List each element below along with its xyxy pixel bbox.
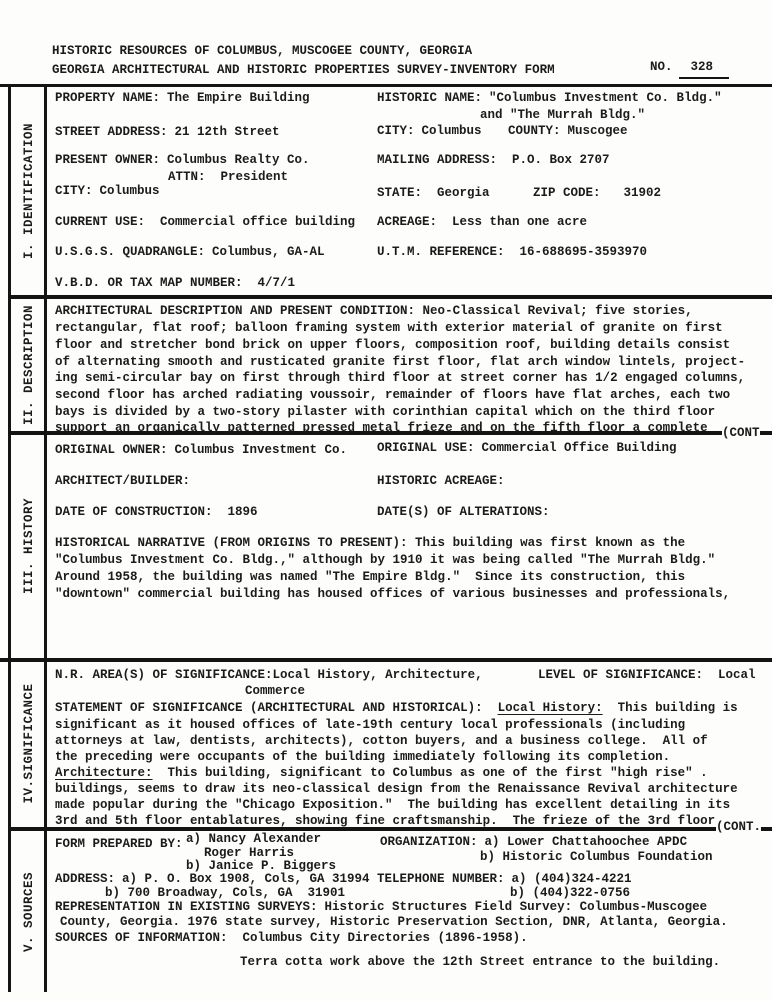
field-utm-reference: U.T.M. REFERENCE:16-688695-3593970 [377,245,647,259]
field-construction-date: DATE OF CONSTRUCTION:1896 [55,505,258,519]
address-label: ADDRESS: [55,872,115,886]
field-organization: ORGANIZATION:a) Lower Chattahoochee APDC [380,835,687,849]
description-line: bays is divided by a two-story pilaster … [55,405,715,419]
significance-line: the preceding were occupants of the buil… [55,750,670,764]
street-address-value: 21 12th Street [175,125,280,139]
section-label-identification: I. IDENTIFICATION [20,88,38,294]
field-owner-city: CITY:Columbus [55,184,160,198]
tax-map-number-label: V.B.D. OR TAX MAP NUMBER: [55,276,243,290]
field-acreage: ACREAGE:Less than one acre [377,215,587,229]
preparer-a: a) Nancy Alexander [186,832,321,846]
existing-surveys-value: Historic Structures Field Survey: Columb… [325,900,708,914]
form-number-label: NO. [650,60,673,74]
organization-a: a) Lower Chattahoochee APDC [485,835,688,849]
existing-surveys-line2: County, Georgia. 1976 state survey, Hist… [60,915,728,929]
field-mailing-address: MAILING ADDRESS:P.O. Box 2707 [377,153,610,167]
preparer-b: b) Janice P. Biggers [186,859,336,873]
existing-surveys-label: REPRESENTATION IN EXISTING SURVEYS: [55,900,318,914]
form-title-line1: HISTORIC RESOURCES OF COLUMBUS, MUSCOGEE… [52,44,472,58]
present-owner-label: PRESENT OWNER: [55,153,160,167]
tax-map-number-value: 4/7/1 [258,276,296,290]
architecture-rest: This building, significant to Columbus a… [168,766,708,780]
field-existing-surveys: REPRESENTATION IN EXISTING SURVEYS:Histo… [55,900,707,914]
acreage-label: ACREAGE: [377,215,437,229]
significance-line: 3rd and 5th floor entablatures, showing … [55,814,715,828]
field-quadrangle: U.S.G.S. QUADRANGLE:Columbus, GA-AL [55,245,325,259]
nr-areas-value-cont: Commerce [245,684,305,698]
significance-line: attorneys at law, dentists, architects),… [55,734,708,748]
acreage-value: Less than one acre [452,215,587,229]
telephone-label: TELEPHONE NUMBER: [377,872,505,886]
address-a: a) P. O. Box 1908, Cols, GA 31994 [122,872,370,886]
significance-level-value: Local [718,668,756,682]
state-value: Georgia [437,186,490,200]
field-county: COUNTY:Muscogee [508,124,628,138]
sources-of-information-label: SOURCES OF INFORMATION: [55,931,228,945]
telephone-a: a) (404)324-4221 [512,872,632,886]
significance-level-label: LEVEL OF SIGNIFICANCE: [538,668,703,682]
nr-areas-label: N.R. AREA(S) OF SIGNIFICANCE: [55,668,273,682]
form-number: NO.328 [650,60,729,79]
original-use-label: ORIGINAL USE: [377,441,475,455]
county-value: Muscogee [568,124,628,138]
field-nr-areas: N.R. AREA(S) OF SIGNIFICANCE:Local Histo… [55,668,483,682]
property-name-label: PROPERTY NAME: [55,91,160,105]
description-cont-marker: (CONT [722,426,760,440]
description-line: support an organically patterned pressed… [55,421,708,435]
field-attn: ATTN:President [168,170,288,184]
field-property-name: PROPERTY NAME:The Empire Building [55,91,310,105]
significance-line: significant as it housed offices of late… [55,718,685,732]
field-architect-builder: ARCHITECT/BUILDER: [55,474,190,488]
attn-value: President [221,170,289,184]
field-original-use: ORIGINAL USE:Commercial Office Building [377,441,677,455]
original-use-value: Commercial Office Building [482,441,677,455]
description-line: floor and stretcher bond brick on upper … [55,338,730,352]
present-owner-value: Columbus Realty Co. [167,153,310,167]
attn-label: ATTN: [168,170,206,184]
form-number-value: 328 [679,60,730,79]
description-line: rectangular, flat roof; balloon framing … [55,321,723,335]
construction-date-label: DATE OF CONSTRUCTION: [55,505,213,519]
field-state: STATE:Georgia [377,186,490,200]
original-owner-value: Columbus Investment Co. [175,443,348,457]
state-label: STATE: [377,186,422,200]
organization-label: ORGANIZATION: [380,835,478,849]
property-name-value: The Empire Building [167,91,310,105]
section-label-history: III. HISTORY [20,436,38,656]
historic-name-value: "Columbus Investment Co. Bldg." [489,91,722,105]
owner-city-value: Columbus [100,184,160,198]
field-current-use: CURRENT USE:Commercial office building [55,215,355,229]
field-original-owner: ORIGINAL OWNER:Columbus Investment Co. [55,443,347,457]
section-label-sources: V. SOURCES [20,832,38,992]
statement-rest: This building is [618,701,738,715]
label-column-border [44,84,47,992]
zip-label: ZIP CODE: [533,186,601,200]
description-line: ing semi-circular bay on first through t… [55,371,745,385]
current-use-label: CURRENT USE: [55,215,145,229]
local-history-heading: Local History: [498,701,603,715]
field-telephone: TELEPHONE NUMBER:a) (404)324-4221 [377,872,632,886]
form-prepared-by-label: FORM PREPARED BY: [55,837,183,851]
mailing-address-label: MAILING ADDRESS: [377,153,497,167]
architecture-heading-line: Architecture:This building, significant … [55,766,708,780]
divider-sec3-sec4 [0,658,772,662]
photo-caption: Terra cotta work above the 12th Street e… [240,955,720,969]
field-street-address: STREET ADDRESS:21 12th Street [55,125,280,139]
quadrangle-value: Columbus, GA-AL [212,245,325,259]
narrative-line: "Columbus Investment Co. Bldg.," althoug… [55,553,715,567]
original-owner-label: ORIGINAL OWNER: [55,443,168,457]
city-value: Columbus [422,124,482,138]
narrative-line: HISTORICAL NARRATIVE (FROM ORIGINS TO PR… [55,536,685,550]
field-city: CITY:Columbus [377,124,482,138]
nr-areas-value: Local History, Architecture, [273,668,483,682]
form-title-line2: GEORGIA ARCHITECTURAL AND HISTORIC PROPE… [52,63,555,77]
divider-sec1-sec2 [8,295,772,299]
quadrangle-label: U.S.G.S. QUADRANGLE: [55,245,205,259]
left-outer-border [8,84,11,992]
historic-name-label: HISTORIC NAME: [377,91,482,105]
construction-date-value: 1896 [228,505,258,519]
city-label: CITY: [377,124,415,138]
field-tax-map-number: V.B.D. OR TAX MAP NUMBER:4/7/1 [55,276,295,290]
owner-city-label: CITY: [55,184,93,198]
telephone-b: b) (404)322-0756 [510,886,630,900]
field-present-owner: PRESENT OWNER:Columbus Realty Co. [55,153,310,167]
significance-line: buildings, seems to draw its neo-classic… [55,782,738,796]
field-zip: ZIP CODE:31902 [533,186,661,200]
street-address-label: STREET ADDRESS: [55,125,168,139]
significance-line: made popular during the "Chicago Exposit… [55,798,730,812]
utm-reference-label: U.T.M. REFERENCE: [377,245,505,259]
header-divider [0,84,772,87]
narrative-line: Around 1958, the building was named "The… [55,570,685,584]
survey-form-page: HISTORIC RESOURCES OF COLUMBUS, MUSCOGEE… [0,0,772,1000]
statement-heading-line: STATEMENT OF SIGNIFICANCE (ARCHITECTURAL… [55,701,738,715]
narrative-line: "downtown" commercial building has house… [55,587,730,601]
current-use-value: Commercial office building [160,215,355,229]
organization-b: b) Historic Columbus Foundation [480,850,713,864]
county-label: COUNTY: [508,124,561,138]
address-b: b) 700 Broadway, Cols, GA 31901 [105,886,345,900]
statement-label: STATEMENT OF SIGNIFICANCE (ARCHITECTURAL… [55,701,483,715]
field-historic-acreage: HISTORIC ACREAGE: [377,474,505,488]
utm-reference-value: 16-688695-3593970 [520,245,648,259]
architecture-heading: Architecture: [55,766,153,780]
preparer-a2: Roger Harris [204,846,294,860]
section-label-description: II. DESCRIPTION [20,300,38,430]
field-address: ADDRESS:a) P. O. Box 1908, Cols, GA 3199… [55,872,370,886]
significance-cont-marker: (CONT. [716,820,761,834]
sources-of-information-value: Columbus City Directories (1896-1958). [243,931,528,945]
description-line: of alternating smooth and rusticated gra… [55,355,745,369]
description-line: ARCHITECTURAL DESCRIPTION AND PRESENT CO… [55,304,693,318]
field-historic-name-cont: and "The Murrah Bldg." [480,108,645,122]
description-line: second floor has arched radiating vousso… [55,388,730,402]
field-alterations-dates: DATE(S) OF ALTERATIONS: [377,505,550,519]
zip-value: 31902 [624,186,662,200]
field-historic-name: HISTORIC NAME:"Columbus Investment Co. B… [377,91,722,105]
field-sources-of-information: SOURCES OF INFORMATION:Columbus City Dir… [55,931,528,945]
field-significance-level: LEVEL OF SIGNIFICANCE:Local [538,668,756,682]
mailing-address-value: P.O. Box 2707 [512,153,610,167]
section-label-significance: IV.SIGNIFICANCE [20,662,38,825]
